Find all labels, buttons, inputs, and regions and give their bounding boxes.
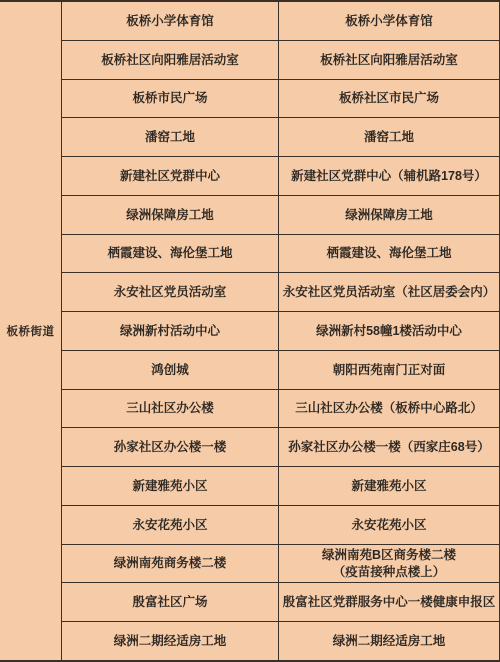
table-row: 殷富社区广场 殷富社区党群服务中心一楼健康申报区: [62, 583, 499, 622]
site-name-cell: 绿洲南苑商务楼二楼: [62, 545, 279, 583]
table-row: 新建雅苑小区 新建雅苑小区: [62, 467, 499, 506]
district-cell: 板桥街道: [0, 2, 62, 660]
table-row: 板桥社区向阳雅居活动室 板桥社区向阳雅居活动室: [62, 41, 499, 80]
site-name-cell: 板桥市民广场: [62, 80, 279, 118]
site-address-cell: 永安社区党员活动室（社区居委会内）: [279, 273, 499, 311]
site-name-cell: 潘窑工地: [62, 118, 279, 156]
table-row: 绿洲保障房工地 绿洲保障房工地: [62, 196, 499, 235]
site-name-cell: 绿洲新村活动中心: [62, 312, 279, 350]
table-row: 三山社区办公楼 三山社区办公楼（板桥中心路北）: [62, 390, 499, 429]
site-name-cell: 永安社区党员活动室: [62, 273, 279, 311]
table-row: 鸿创城 朝阳西苑南门正对面: [62, 351, 499, 390]
table-row: 绿洲新村活动中心 绿洲新村58幢1楼活动中心: [62, 312, 499, 351]
site-name-cell: 板桥小学体育馆: [62, 2, 279, 40]
site-name-cell: 永安花苑小区: [62, 506, 279, 544]
table-row: 潘窑工地 潘窑工地: [62, 118, 499, 157]
site-address-cell: 殷富社区党群服务中心一楼健康申报区: [279, 583, 499, 621]
site-address-cell: 栖霞建设、海伦堡工地: [279, 235, 499, 273]
sampling-sites-table: 板桥街道 板桥小学体育馆 板桥小学体育馆 板桥社区向阳雅居活动室 板桥社区向阳雅…: [0, 0, 500, 662]
site-address-cell: 新建社区党群中心（辅机路178号）: [279, 157, 499, 195]
table-row: 绿洲二期经适房工地 绿洲二期经适房工地: [62, 622, 499, 660]
site-address-cell: 板桥社区向阳雅居活动室: [279, 41, 499, 79]
site-address-cell: 孙家社区办公楼一楼（西家庄68号）: [279, 428, 499, 466]
table-row: 板桥小学体育馆 板桥小学体育馆: [62, 2, 499, 41]
site-name-cell: 栖霞建设、海伦堡工地: [62, 235, 279, 273]
site-address-cell: 三山社区办公楼（板桥中心路北）: [279, 390, 499, 428]
site-name-cell: 板桥社区向阳雅居活动室: [62, 41, 279, 79]
table-row: 孙家社区办公楼一楼 孙家社区办公楼一楼（西家庄68号）: [62, 428, 499, 467]
table-row: 栖霞建设、海伦堡工地 栖霞建设、海伦堡工地: [62, 235, 499, 274]
table-row: 板桥市民广场 板桥社区市民广场: [62, 80, 499, 119]
site-address-cell: 绿洲南苑B区商务楼二楼 （疫苗接种点楼上）: [279, 545, 499, 583]
table-row: 永安花苑小区 永安花苑小区: [62, 506, 499, 545]
table-row: 绿洲南苑商务楼二楼 绿洲南苑B区商务楼二楼 （疫苗接种点楼上）: [62, 545, 499, 584]
site-address-cell: 绿洲保障房工地: [279, 196, 499, 234]
site-name-cell: 新建雅苑小区: [62, 467, 279, 505]
site-name-cell: 殷富社区广场: [62, 583, 279, 621]
site-address-cell: 绿洲新村58幢1楼活动中心: [279, 312, 499, 350]
table-row: 新建社区党群中心 新建社区党群中心（辅机路178号）: [62, 157, 499, 196]
site-address-cell: 朝阳西苑南门正对面: [279, 351, 499, 389]
site-address-cell: 永安花苑小区: [279, 506, 499, 544]
site-name-cell: 绿洲二期经适房工地: [62, 622, 279, 660]
site-address-cell: 新建雅苑小区: [279, 467, 499, 505]
site-name-cell: 新建社区党群中心: [62, 157, 279, 195]
site-address-cell: 板桥小学体育馆: [279, 2, 499, 40]
table-rows: 板桥小学体育馆 板桥小学体育馆 板桥社区向阳雅居活动室 板桥社区向阳雅居活动室 …: [62, 2, 499, 660]
table-row: 永安社区党员活动室 永安社区党员活动室（社区居委会内）: [62, 273, 499, 312]
site-name-cell: 绿洲保障房工地: [62, 196, 279, 234]
site-address-cell: 板桥社区市民广场: [279, 80, 499, 118]
site-address-cell: 绿洲二期经适房工地: [279, 622, 499, 660]
site-name-cell: 孙家社区办公楼一楼: [62, 428, 279, 466]
site-address-cell: 潘窑工地: [279, 118, 499, 156]
site-name-cell: 三山社区办公楼: [62, 390, 279, 428]
site-name-cell: 鸿创城: [62, 351, 279, 389]
